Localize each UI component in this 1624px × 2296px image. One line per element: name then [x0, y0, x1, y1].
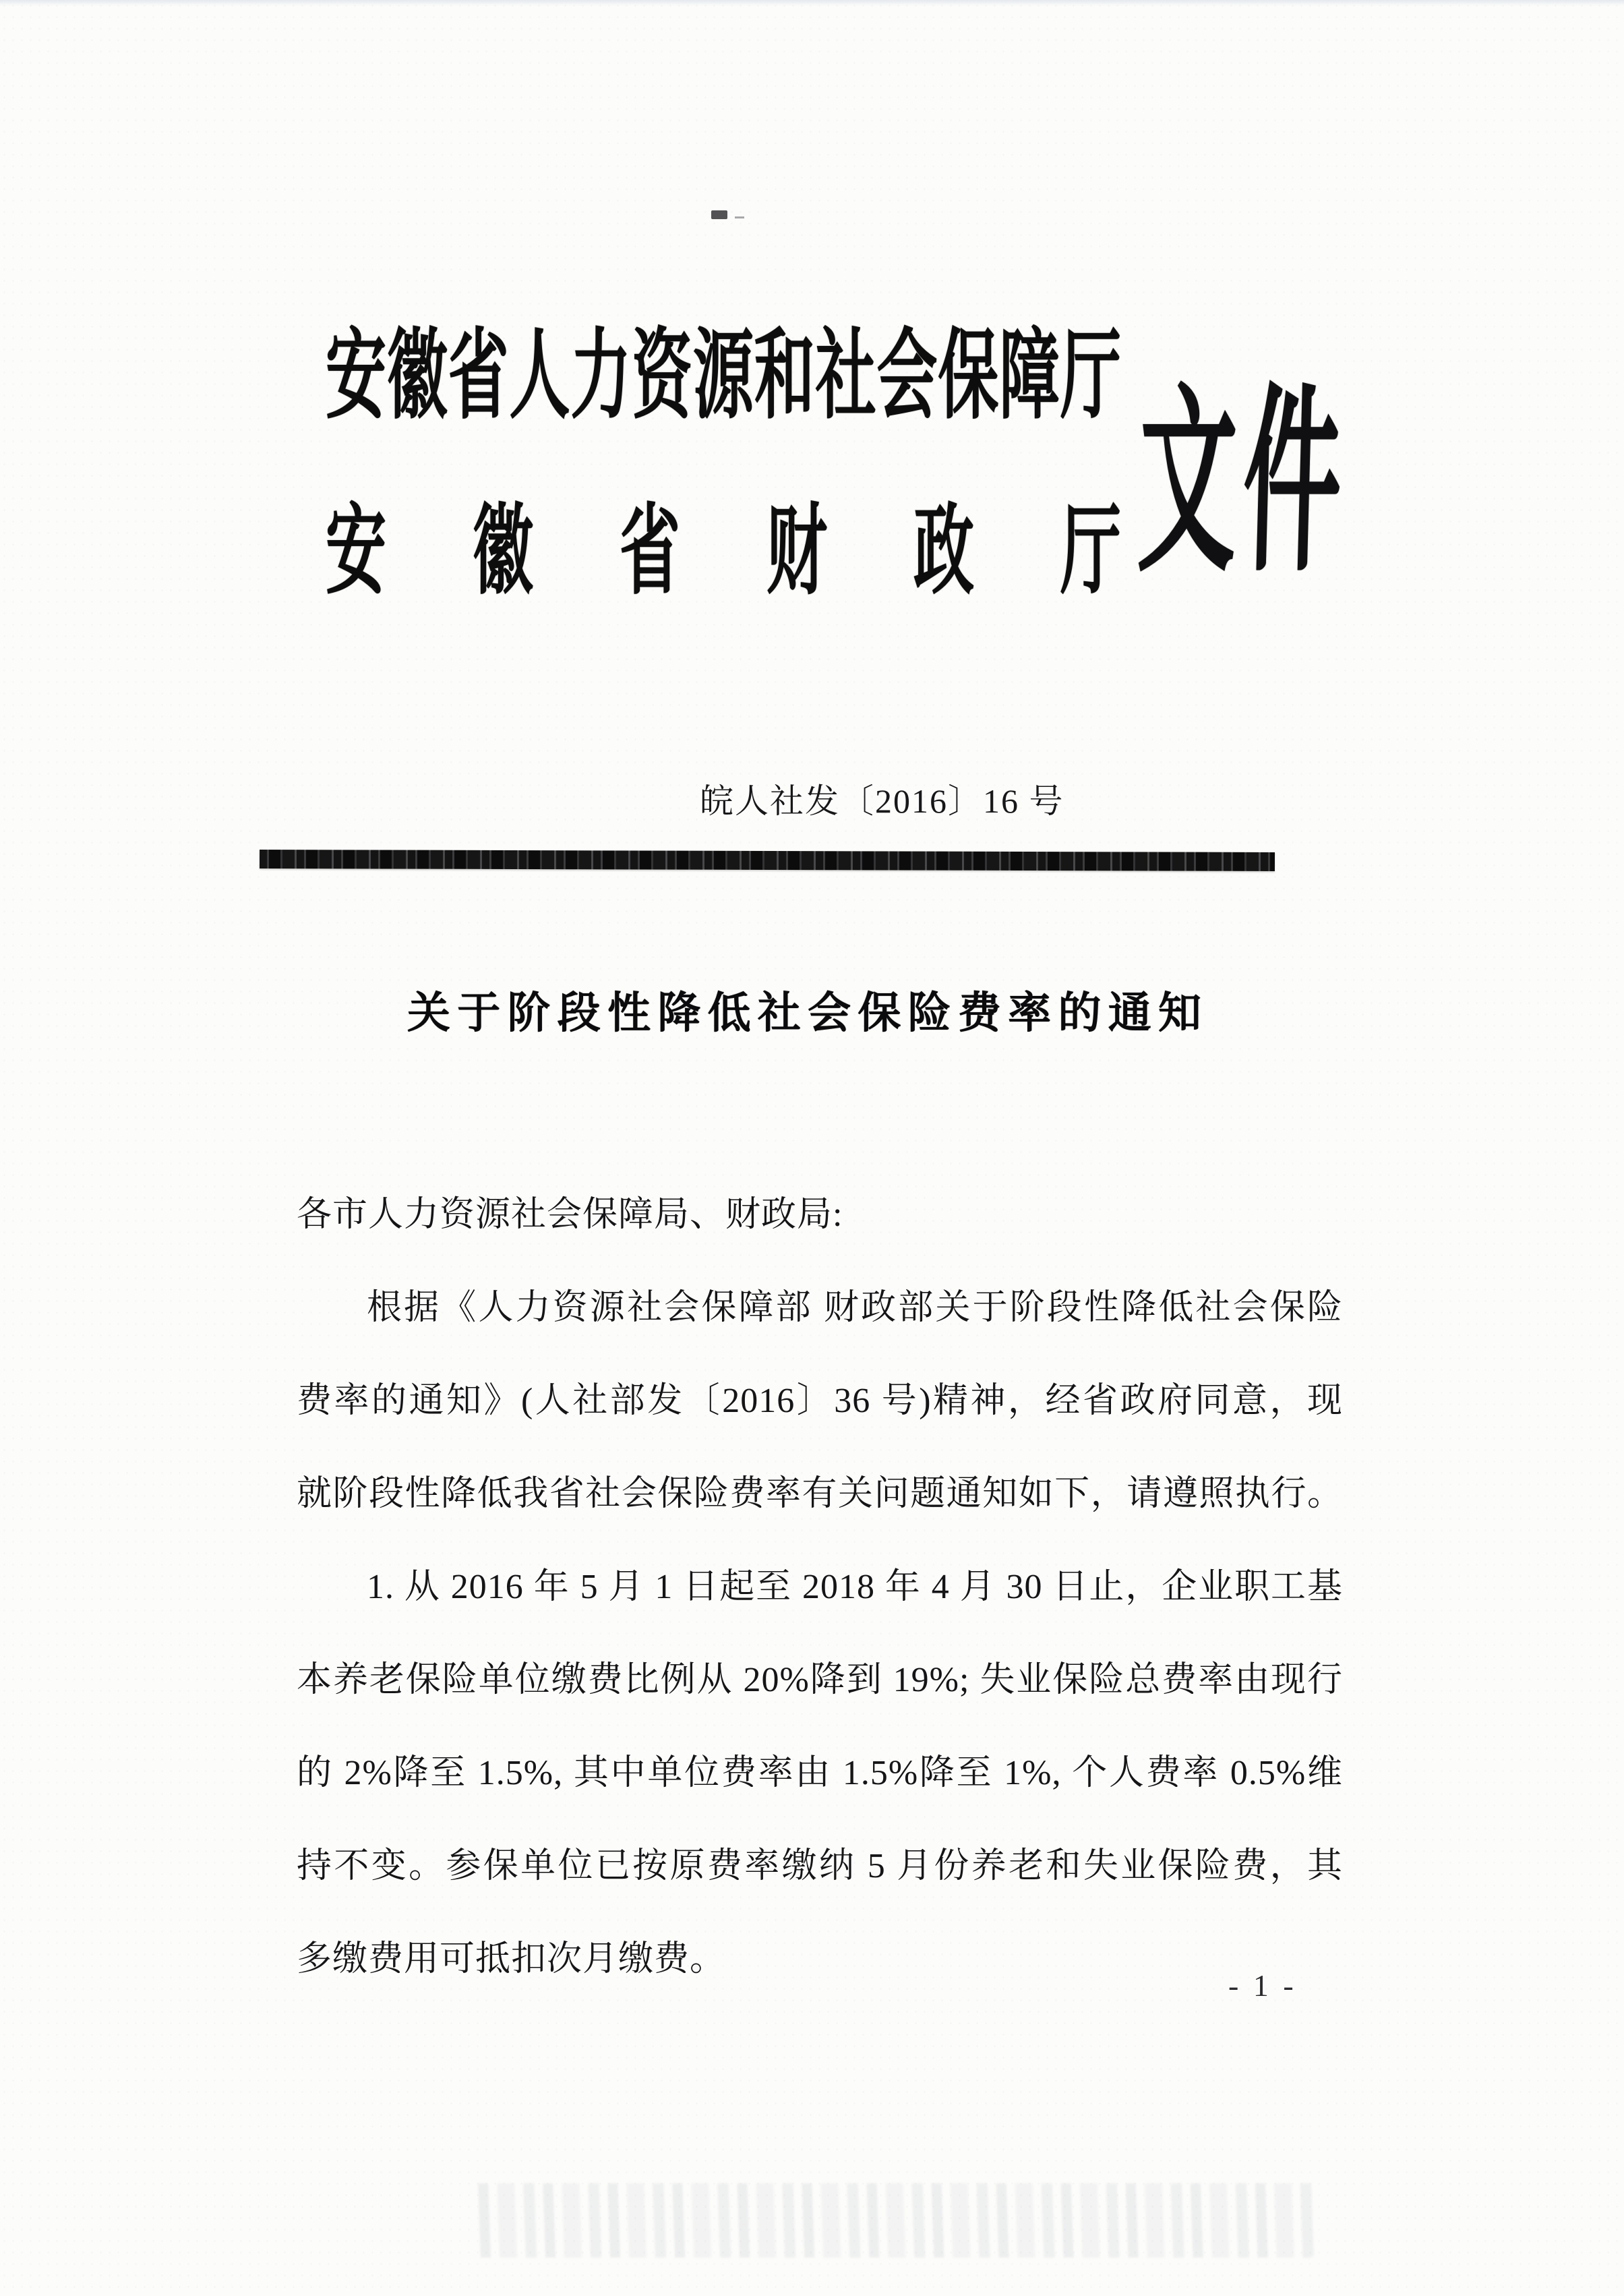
- salutation-line: 各市人力资源社会保障局、财政局:: [297, 1185, 1343, 1278]
- issuing-agency-line1: 安徽省人力资源和社会保障厅: [326, 328, 1121, 427]
- body-line: 的 2%降至 1.5%, 其中单位费率由 1.5%降至 1%, 个人费率 0.5…: [297, 1744, 1343, 1837]
- body-line: 持不变。参保单位已按原费率缴纳 5 月份养老和失业保险费，其: [297, 1837, 1343, 1930]
- page-number: - 1 -: [1228, 1968, 1297, 2003]
- document-number: 皖人社发〔2016〕16 号: [700, 774, 1064, 823]
- header-divider-rule: [260, 850, 1275, 871]
- body-line: 本养老保险单位缴费比例从 20%降到 19%; 失业保险总费率由现行: [297, 1651, 1343, 1744]
- scan-edge-artifact: [0, 0, 1624, 6]
- scanned-document-page: 安徽省人力资源和社会保障厅 安徽省财政厅 文件 皖人社发〔2016〕16 号 关…: [0, 0, 1624, 2296]
- scan-speck-artifact: [711, 210, 727, 219]
- body-line: 就阶段性降低我省社会保险费率有关问题通知如下，请遵照执行。: [297, 1465, 1343, 1558]
- body-line: 根据《人力资源社会保障部 财政部关于阶段性降低社会保险: [297, 1278, 1343, 1372]
- issuing-agency-line2: 安徽省财政厅: [326, 504, 1121, 602]
- bleed-through-artifact: [472, 2183, 1315, 2258]
- body-line: 1. 从 2016 年 5 月 1 日起至 2018 年 4 月 30 日止，企…: [297, 1558, 1343, 1651]
- body-line: 多缴费用可抵扣次月缴费。: [297, 1930, 1343, 2023]
- document-title: 关于阶段性降低社会保险费率的通知: [407, 990, 1201, 1037]
- body-line: 费率的通知》(人社部发〔2016〕36 号)精神，经省政府同意，现: [297, 1372, 1343, 1465]
- document-type-label: 文件: [1136, 386, 1344, 586]
- document-body: 各市人力资源社会保障局、财政局: 根据《人力资源社会保障部 财政部关于阶段性降低…: [297, 1185, 1343, 2023]
